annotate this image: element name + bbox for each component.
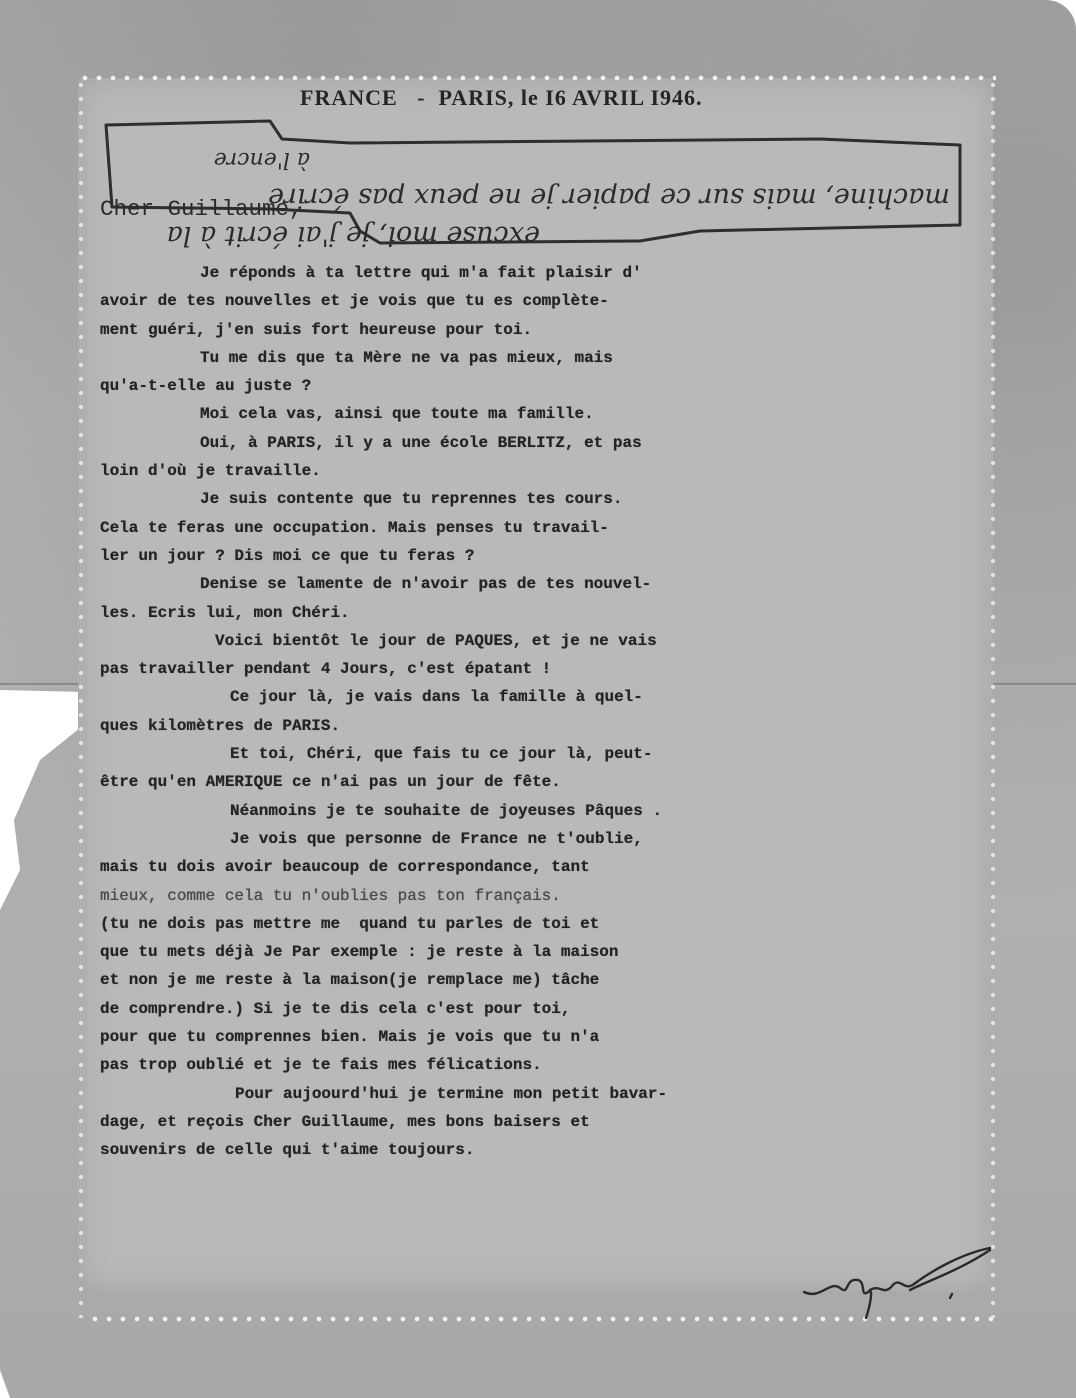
body-line: Pour aujoourd'hui je termine mon petit b… — [100, 1080, 1010, 1108]
body-line: (tu ne dois pas mettre me quand tu parle… — [100, 910, 1010, 938]
body-line: être qu'en AMERIQUE ce n'ai pas un jour … — [100, 768, 1010, 796]
body-line: Voici bientôt le jour de PAQUES, et je n… — [100, 627, 1010, 655]
body-line: Oui, à PARIS, il y a une école BERLITZ, … — [100, 429, 1010, 457]
body-line: de comprendre.) Si je te dis cela c'est … — [100, 995, 1010, 1023]
body-line: mais tu dois avoir beaucoup de correspon… — [100, 853, 1010, 881]
body-line: Et toi, Chéri, que fais tu ce jour là, p… — [100, 740, 1010, 768]
salutation: Cher Guillaume, — [100, 196, 303, 222]
body-line: les. Ecris lui, mon Chéri. — [100, 599, 1010, 627]
body-line: Je suis contente que tu reprennes tes co… — [100, 485, 1010, 513]
body-line: que tu mets déjà Je Par exemple : je res… — [100, 938, 1010, 966]
handwritten-note: excuse moi, je j'ai écrit à la machine, … — [100, 113, 980, 243]
body-line: pour que tu comprennes bien. Mais je voi… — [100, 1023, 1010, 1051]
handwritten-signature — [800, 1240, 1000, 1330]
body-line: ques kilomètres de PARIS. — [100, 712, 1010, 740]
body-line: ment guéri, j'en suis fort heureuse pour… — [100, 316, 1010, 344]
perforation-top — [78, 75, 996, 81]
body-line: Ce jour là, je vais dans la famille à qu… — [100, 683, 1010, 711]
body-line: pas travailler pendant 4 Jours, c'est ép… — [100, 655, 1010, 683]
signature-stroke — [800, 1240, 1000, 1330]
body-line: Tu me dis que ta Mère ne va pas mieux, m… — [100, 344, 1010, 372]
body-line: Je réponds à ta lettre qui m'a fait plai… — [100, 259, 1010, 287]
body-line: Denise se lamente de n'avoir pas de tes … — [100, 570, 1010, 598]
dateline: FRANCE - PARIS, le I6 AVRIL I946. — [300, 85, 703, 111]
body-line: Néanmoins je te souhaite de joyeuses Pâq… — [100, 797, 1010, 825]
body-line: mieux, comme cela tu n'oublies pas ton f… — [100, 882, 1010, 910]
body-line: loin d'où je travaille. — [100, 457, 1010, 485]
body-line: avoir de tes nouvelles et je vois que tu… — [100, 287, 1010, 315]
body-line: et non je me reste à la maison(je rempla… — [100, 966, 1010, 994]
body-line: Cela te feras une occupation. Mais pense… — [100, 514, 1010, 542]
body-line: souvenirs de celle qui t'aime toujours. — [100, 1136, 1010, 1164]
body-line: Moi cela vas, ainsi que toute ma famille… — [100, 400, 1010, 428]
body-line: qu'a-t-elle au juste ? — [100, 372, 1010, 400]
body-line: pas trop oublié et je te fais mes félica… — [100, 1051, 1010, 1079]
perforation-left — [78, 78, 84, 1318]
letter-body: Je réponds à ta lettre qui m'a fait plai… — [100, 259, 1010, 1165]
body-line: Je vois que personne de France ne t'oubl… — [100, 825, 1010, 853]
body-line: dage, et reçois Cher Guillaume, mes bons… — [100, 1108, 1010, 1136]
body-line: ler un jour ? Dis moi ce que tu feras ? — [100, 542, 1010, 570]
